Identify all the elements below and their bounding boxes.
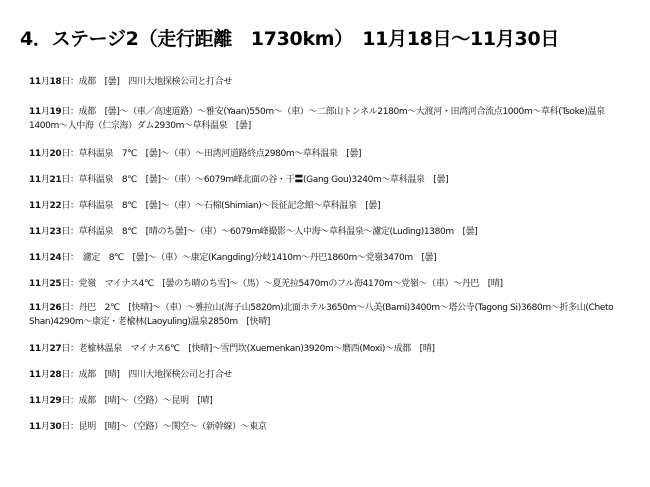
itinerary-entry: 11月19日：成都 [曇]～（車／高速道路）～雅安(Yaan)550m～（車）～… — [29, 106, 629, 133]
itinerary-entry: 11月24日： 濾定 8℃ [曇]～（車）～康定(Kangding)分岐1410… — [29, 252, 436, 266]
itinerary-entry: 11月27日：老楡林温泉 マイナス6℃ [快晴]～雪門坎(Xuemenkan)3… — [29, 343, 435, 357]
itinerary-entry: 11月25日：党嶺 マイナス4℃ [曇のち晴のち雪]～（馬）～夏羌拉5470mの… — [29, 278, 503, 292]
itinerary-entry: 11月28日：成都 [晴] 四川大地探検公司と打合せ — [29, 369, 232, 383]
itinerary-entry: 11月21日：草科温泉 8℃ [曇]～（車）～6079m峰北面の谷・干〓(Gan… — [29, 174, 448, 188]
itinerary-entry: 11月26日：丹巴 2℃ [快晴]～（車）～雅拉山(海子山5820m)北面ホテル… — [29, 302, 629, 329]
itinerary-entry: 11月30日：昆明 [晴]～（空路）～関空～（新幹線）～東京 — [29, 421, 267, 435]
itinerary-entry: 11月18日：成都 [曇] 四川大地探検公司と打合せ — [29, 76, 232, 90]
page-title: 4．ステージ2（走行距離 1730km） 11月18日～11月30日 — [20, 24, 559, 51]
itinerary-entry: 11月22日：草科温泉 8℃ [曇]～（車）～石棉(Shimian)～長征記念館… — [29, 200, 380, 214]
itinerary-entry: 11月29日：成都 [晴]～（空路）～昆明 [晴] — [29, 395, 212, 409]
itinerary-entry: 11月23日：草科温泉 8℃ [晴のち曇]～（車）～6079m峰撮影～人中海～草… — [29, 226, 477, 240]
itinerary-entry: 11月20日：草科温泉 7℃ [曇]～（車）～田湾河道路終点2980m～草科温泉… — [29, 148, 361, 162]
